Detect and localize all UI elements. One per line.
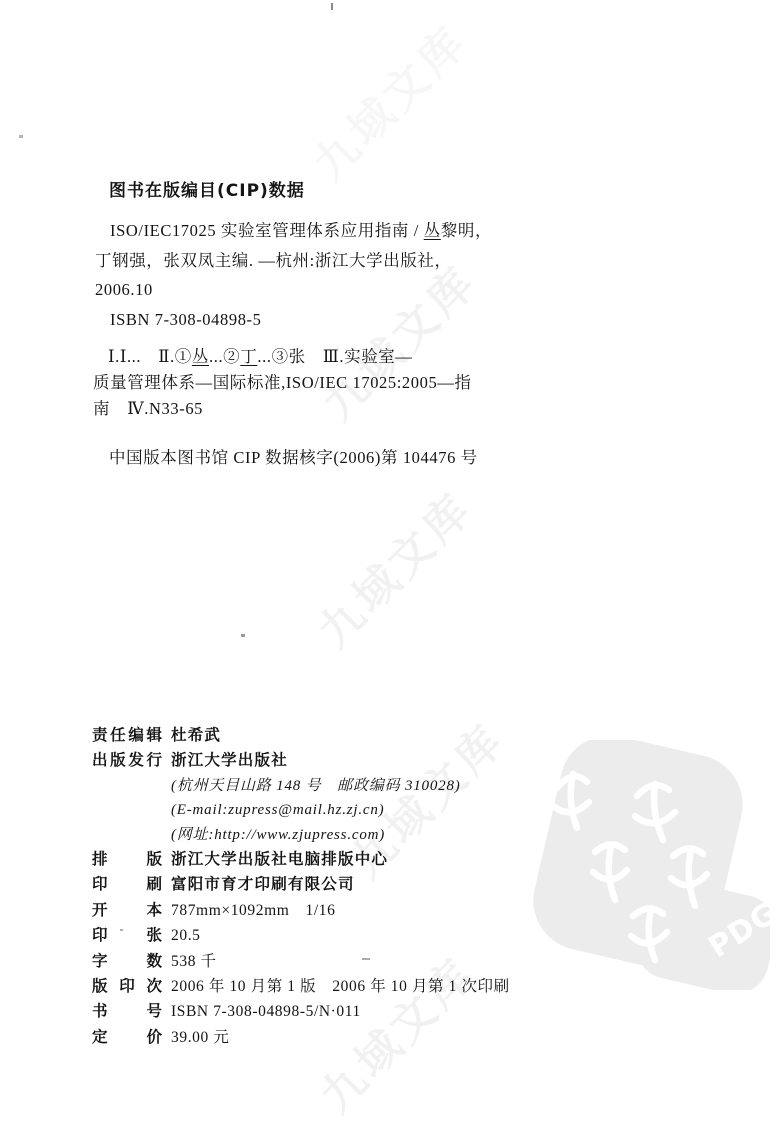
colophon-label: 字数 bbox=[92, 953, 162, 969]
colophon-value: 538 千 bbox=[171, 954, 217, 970]
underlined-surname: 丁 bbox=[240, 347, 257, 366]
colophon-label: 印刷 bbox=[92, 876, 162, 892]
cip-classification-line: 南 Ⅳ.N33-65 bbox=[93, 396, 472, 422]
colophon-value: ISBN 7-308-04898-5/N·011 bbox=[171, 1004, 361, 1020]
colophon-row: 排版 浙江大学出版社电脑排版中心 bbox=[92, 851, 510, 868]
scan-speck bbox=[331, 3, 333, 10]
colophon-row: (杭州天目山路 148 号 邮政编码 310028) bbox=[92, 778, 510, 794]
colophon-row: 印刷 富阳市育才印刷有限公司 bbox=[92, 876, 510, 893]
scan-speck bbox=[241, 634, 245, 637]
colophon-value: 富阳市育才印刷有限公司 bbox=[171, 877, 355, 893]
cip-classification-block: Ⅰ.Ⅰ... Ⅱ.①丛...②丁...③张 Ⅲ.实验室— 质量管理体系—国际标准… bbox=[93, 344, 472, 422]
library-watermark: 九域文库 bbox=[296, 0, 480, 182]
colophon-value: 787mm×1092mm 1/16 bbox=[171, 903, 335, 919]
cip-record-line: ISBN 7-308-04898-5 bbox=[95, 305, 492, 335]
colophon-value: 杜希武 bbox=[171, 728, 221, 744]
cip-record-line: ISO/IEC17025 实验室管理体系应用指南 / 丛黎明， bbox=[95, 216, 492, 246]
colophon-value: 浙江大学出版社电脑排版中心 bbox=[171, 852, 388, 868]
colophon-value: (杭州天目山路 148 号 邮政编码 310028) bbox=[171, 778, 461, 794]
colophon-row: 出版发行 浙江大学出版社 bbox=[92, 752, 510, 769]
colophon-row: 责任编辑 杜希武 bbox=[92, 727, 510, 744]
scan-speck bbox=[19, 135, 23, 138]
colophon-value: 20.5 bbox=[171, 928, 201, 944]
colophon-label: 版印次 bbox=[92, 978, 162, 994]
colophon-value: 2006 年 10 月第 1 版 2006 年 10 月第 1 次印刷 bbox=[171, 979, 510, 995]
colophon-row: 印张 20.5 bbox=[92, 927, 510, 944]
colophon-table: 责任编辑 杜希武 出版发行 浙江大学出版社 (杭州天目山路 148 号 邮政编码… bbox=[92, 727, 510, 1046]
scan-speck bbox=[120, 929, 123, 931]
colophon-row: 定价 39.00 元 bbox=[92, 1029, 510, 1046]
library-watermark: 九域文库 bbox=[301, 465, 485, 649]
pdg-seal-watermark: PDG bbox=[515, 740, 770, 990]
text-fragment: ISO/IEC17025 实验室管理体系应用指南 / bbox=[110, 221, 424, 240]
colophon-label: 排版 bbox=[92, 851, 162, 867]
colophon-label: 印张 bbox=[92, 927, 162, 943]
colophon-row: 字数 538 千 bbox=[92, 953, 510, 970]
colophon-label: 责任编辑 bbox=[92, 727, 162, 743]
text-fragment: Ⅰ.Ⅰ... Ⅱ.① bbox=[108, 347, 192, 366]
colophon-row: 版印次 2006 年 10 月第 1 版 2006 年 10 月第 1 次印刷 bbox=[92, 978, 510, 995]
cip-record-block: ISO/IEC17025 实验室管理体系应用指南 / 丛黎明， 丁钢强，张双凤主… bbox=[95, 216, 492, 334]
underlined-surname: 丛 bbox=[192, 347, 209, 366]
scan-speck bbox=[362, 958, 370, 960]
seal-calligraphy bbox=[553, 774, 707, 960]
cip-classification-line: 质量管理体系—国际标准,ISO/IEC 17025:2005—指 bbox=[93, 370, 472, 396]
cip-record-line: 丁钢强，张双凤主编. —杭州:浙江大学出版社， bbox=[95, 246, 492, 276]
cip-registry-line: 中国版本图书馆 CIP 数据核字(2006)第 104476 号 bbox=[109, 444, 478, 468]
colophon-label: 出版发行 bbox=[92, 752, 162, 768]
pdg-seal-graphic: PDG bbox=[515, 740, 770, 990]
text-fragment: ...② bbox=[209, 347, 240, 366]
colophon-value: (E-mail:zupress@mail.hz.zj.cn) bbox=[171, 802, 384, 818]
colophon-label: 书号 bbox=[92, 1003, 162, 1019]
pdg-label: PDG bbox=[703, 895, 770, 965]
cip-classification-line: Ⅰ.Ⅰ... Ⅱ.①丛...②丁...③张 Ⅲ.实验室— bbox=[93, 344, 472, 370]
colophon-row: (网址:http://www.zjupress.com) bbox=[92, 827, 510, 843]
colophon-row: 书号 ISBN 7-308-04898-5/N·011 bbox=[92, 1003, 510, 1020]
colophon-value: 浙江大学出版社 bbox=[171, 753, 288, 769]
book-copyright-page: 九域文库 九域文库 九域文库 九域文库 九域文库 PDG 图书在版编目(CIP)… bbox=[0, 0, 778, 1122]
colophon-label: 定价 bbox=[92, 1029, 162, 1045]
text-fragment: ...③张 Ⅲ.实验室— bbox=[257, 347, 412, 366]
underlined-surname: 丛 bbox=[424, 221, 441, 240]
text-fragment: 黎明， bbox=[441, 221, 492, 240]
colophon-value: 39.00 元 bbox=[171, 1030, 229, 1046]
colophon-row: 开本 787mm×1092mm 1/16 bbox=[92, 902, 510, 919]
cip-record-line: 2006.10 bbox=[95, 275, 492, 305]
cip-heading: 图书在版编目(CIP)数据 bbox=[109, 176, 305, 201]
colophon-value: (网址:http://www.zjupress.com) bbox=[171, 827, 385, 843]
seal-blob bbox=[522, 740, 770, 990]
colophon-row: (E-mail:zupress@mail.hz.zj.cn) bbox=[92, 802, 510, 818]
colophon-label: 开本 bbox=[92, 902, 162, 918]
